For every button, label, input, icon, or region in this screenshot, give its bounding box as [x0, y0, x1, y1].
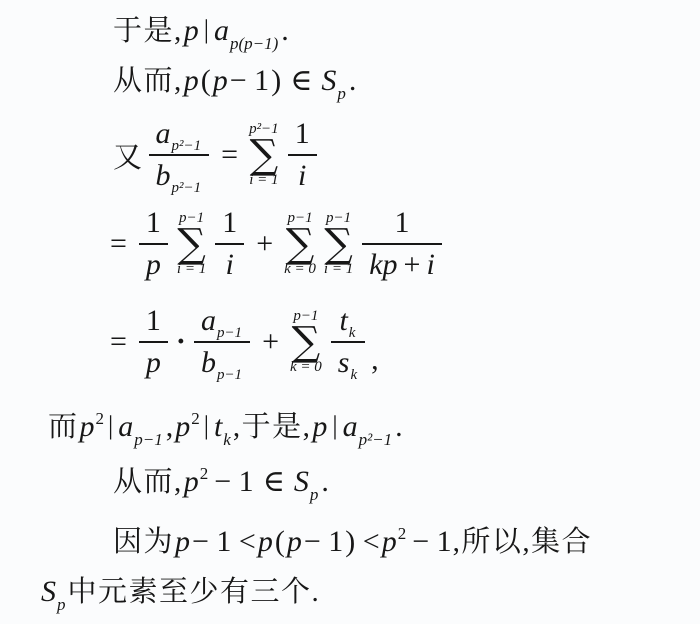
- math-var: t: [338, 304, 348, 338]
- fraction-numerator: 1: [388, 206, 417, 240]
- summation: p−1 ∑ i = 1: [324, 210, 353, 279]
- subscript: p: [57, 595, 68, 614]
- math-var: a: [342, 410, 359, 443]
- fraction-numerator: 1: [139, 304, 168, 338]
- fraction-numerator: 1: [139, 206, 168, 240]
- fraction-bar: [139, 341, 168, 343]
- subscript: k: [349, 325, 358, 342]
- math-var: p: [286, 525, 303, 558]
- equals-sign: =: [110, 325, 134, 359]
- math-line-1: 于是,p|ap(p−1).: [113, 8, 290, 49]
- chinese-text: 因为: [113, 526, 174, 558]
- fraction: 1 p: [139, 206, 168, 282]
- plus-sign: +: [249, 227, 280, 261]
- subscript: p: [337, 84, 348, 103]
- subscript: k: [350, 367, 359, 384]
- superscript: 2: [96, 409, 105, 428]
- plus-sign: +: [255, 325, 286, 359]
- period: .: [280, 14, 290, 47]
- math-var: b: [200, 346, 217, 380]
- math-var: p: [183, 465, 200, 498]
- fraction-numerator: 1: [288, 117, 317, 151]
- divides-symbol: |: [200, 15, 213, 44]
- sigma-icon: ∑: [286, 227, 315, 261]
- fraction: 1 kp+i: [362, 206, 442, 282]
- math-operator: − 1: [208, 465, 254, 498]
- math-var: p: [79, 410, 96, 443]
- sum-lower-limit: k = 0: [284, 261, 316, 278]
- fraction-numerator: 1: [215, 206, 244, 240]
- fraction: 1 i: [288, 117, 317, 193]
- fraction-numerator: ap²−1: [149, 117, 210, 151]
- paren-open: (: [200, 64, 212, 97]
- math-var: b: [155, 159, 172, 193]
- math-operator: − 1: [406, 525, 452, 558]
- math-number: 1: [145, 304, 162, 338]
- chinese-text: 从而,: [113, 466, 183, 498]
- summation: p²−1 ∑ i = 1: [249, 121, 279, 190]
- math-line-9: Sp中元素至少有三个.: [40, 569, 320, 610]
- subscript: p−1: [134, 430, 164, 449]
- math-var: p: [183, 14, 200, 47]
- cdot-operator: ·: [173, 325, 189, 359]
- math-line-5: = 1 p · ap−1 bp−1 + p−1 ∑ k = 0 tk sk ,: [110, 299, 380, 385]
- math-var: p: [174, 410, 191, 443]
- fraction-bar: [139, 243, 168, 245]
- period: .: [320, 465, 330, 498]
- math-var: i: [225, 248, 235, 282]
- math-var: t: [213, 410, 223, 443]
- fraction-bar: [362, 243, 442, 245]
- element-of-symbol: ∈: [255, 464, 293, 499]
- math-operator: − 1 <: [191, 525, 257, 558]
- fraction-denominator: p: [139, 346, 168, 380]
- math-var: S: [40, 575, 57, 608]
- element-of-symbol: ∈: [282, 63, 320, 98]
- divides-symbol: |: [104, 411, 117, 440]
- sum-lower-limit: i = 1: [249, 172, 278, 189]
- math-var: p: [212, 64, 229, 97]
- math-line-4: = 1 p p−1 ∑ i = 1 1 i + p−1 ∑ k = 0 p−1 …: [110, 203, 447, 285]
- superscript: 2: [398, 524, 407, 543]
- subscript: p−1: [217, 367, 244, 384]
- divides-symbol: |: [200, 411, 213, 440]
- math-var: p: [174, 525, 191, 558]
- math-var: a: [117, 410, 134, 443]
- summation: p−1 ∑ k = 0: [284, 210, 316, 279]
- sigma-icon: ∑: [292, 325, 321, 359]
- fraction: ap−1 bp−1: [194, 304, 250, 380]
- fraction-denominator: bp²−1: [149, 159, 210, 193]
- math-var: i: [297, 159, 307, 193]
- math-var: p: [257, 525, 274, 558]
- math-var: a: [200, 304, 217, 338]
- fraction: tk sk: [331, 304, 365, 380]
- subscript: p²−1: [359, 430, 395, 449]
- sigma-icon: ∑: [250, 138, 279, 172]
- chinese-text: 中元素至少有三个.: [68, 576, 321, 608]
- fraction-bar: [215, 243, 244, 245]
- math-var: S: [320, 64, 337, 97]
- sigma-icon: ∑: [324, 227, 353, 261]
- sum-lower-limit: i = 1: [324, 261, 353, 278]
- sum-lower-limit: k = 0: [290, 359, 322, 376]
- fraction: 1 i: [215, 206, 244, 282]
- divides-symbol: |: [328, 411, 341, 440]
- chinese-text: 于是,: [113, 15, 183, 47]
- math-operator: − 1: [229, 64, 270, 97]
- period: .: [394, 410, 404, 443]
- math-line-2: 从而,p(p− 1)∈Sp.: [113, 58, 357, 99]
- math-var: s: [337, 346, 351, 380]
- fraction-denominator: i: [219, 248, 241, 282]
- sum-lower-limit: i = 1: [177, 261, 206, 278]
- fraction-numerator: tk: [332, 304, 363, 338]
- superscript: 2: [200, 464, 209, 483]
- paren-open: (: [274, 525, 286, 558]
- math-var: p: [145, 346, 162, 380]
- period: .: [348, 64, 358, 97]
- subscript: p−1: [217, 325, 244, 342]
- math-var: S: [293, 465, 310, 498]
- chinese-text: ,于是,: [233, 411, 312, 443]
- math-line-6: 而p2|ap−1,p2|tk,于是,p|ap²−1.: [48, 404, 404, 445]
- fraction-bar: [288, 154, 317, 156]
- equals-sign: =: [214, 138, 245, 172]
- fraction-denominator: i: [291, 159, 313, 193]
- math-line-3: 又 ap²−1 bp²−1 = p²−1 ∑ i = 1 1 i: [113, 110, 322, 200]
- chinese-text: 从而,: [113, 65, 183, 97]
- math-line-8: 因为p− 1 <p(p− 1) <p2− 1,所以,集合: [113, 519, 592, 560]
- math-var: p: [381, 525, 398, 558]
- math-number: 1: [221, 206, 238, 240]
- fraction-denominator: bp−1: [194, 346, 250, 380]
- comma: ,: [165, 410, 175, 443]
- summation: p−1 ∑ i = 1: [177, 210, 206, 279]
- math-var: p: [183, 64, 200, 97]
- superscript: 2: [191, 409, 200, 428]
- math-line-7: 从而,p2− 1∈Sp.: [113, 459, 330, 500]
- fraction-numerator: ap−1: [194, 304, 250, 338]
- math-operator: − 1: [303, 525, 344, 558]
- chinese-text: 又: [113, 135, 144, 176]
- math-var: a: [213, 14, 230, 47]
- sigma-icon: ∑: [177, 227, 206, 261]
- subscript: p²−1: [172, 138, 204, 155]
- equals-sign: =: [110, 227, 134, 261]
- paren-close: ): [270, 64, 282, 97]
- subscript: p(p−1): [230, 34, 280, 53]
- fraction: ap²−1 bp²−1: [149, 117, 210, 193]
- comma: ,: [370, 343, 380, 377]
- math-var: i: [425, 248, 435, 282]
- math-number: 1: [145, 206, 162, 240]
- summation: p−1 ∑ k = 0: [290, 308, 322, 377]
- math-var: p: [311, 410, 328, 443]
- fraction-denominator: p: [139, 248, 168, 282]
- fraction: 1 p: [139, 304, 168, 380]
- math-var: kp: [368, 248, 398, 282]
- subscript: p²−1: [172, 180, 204, 197]
- chinese-text: 而: [48, 411, 79, 443]
- fraction-denominator: sk: [331, 346, 365, 380]
- math-number: 1: [394, 206, 411, 240]
- chinese-text: ,所以,集合: [453, 526, 593, 558]
- fraction-denominator: kp+i: [362, 248, 442, 282]
- plus-sign: +: [399, 248, 426, 282]
- math-var: a: [155, 117, 172, 151]
- math-var: p: [145, 248, 162, 282]
- math-number: 1: [294, 117, 311, 151]
- subscript: p: [310, 485, 321, 504]
- math-document-page: 于是,p|ap(p−1). 从而,p(p− 1)∈Sp. 又 ap²−1 bp²…: [0, 0, 700, 624]
- subscript: k: [223, 430, 233, 449]
- paren-close: ) <: [344, 525, 380, 558]
